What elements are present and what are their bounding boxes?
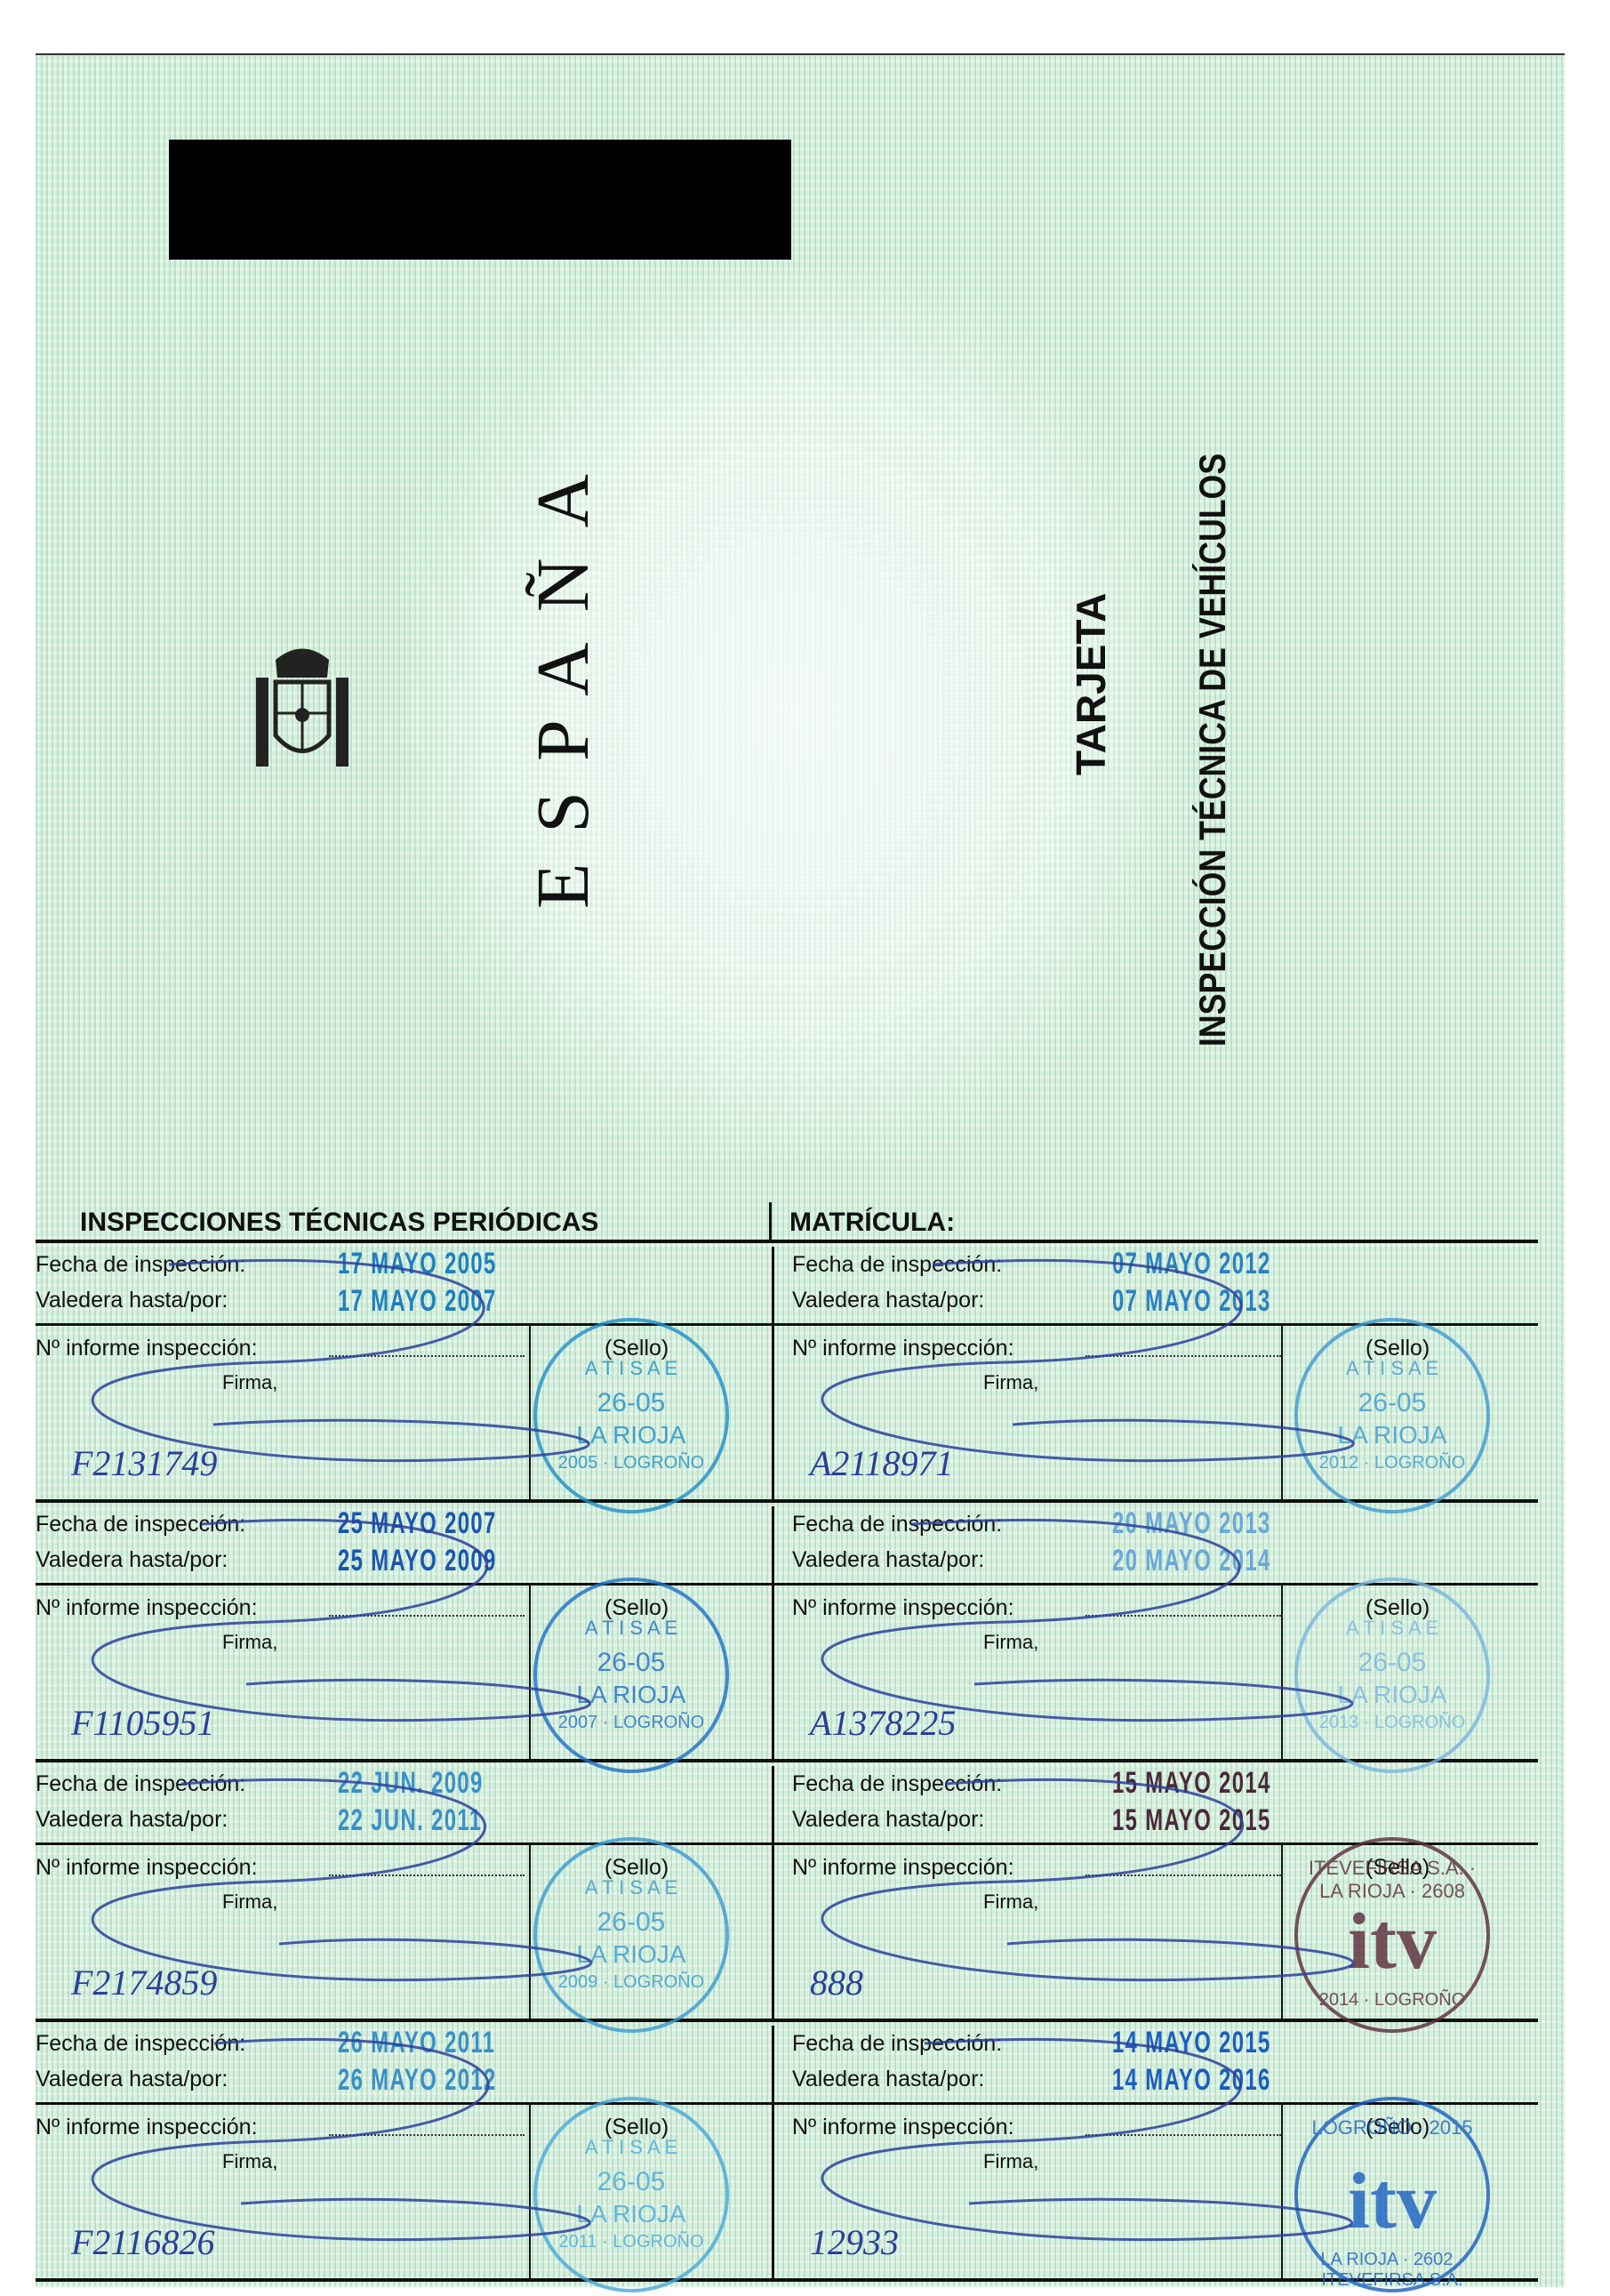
seal-text: A T I S A E <box>1298 1357 1486 1380</box>
valid-until-label: Valedera hasta/por: <box>792 2067 984 2092</box>
seal-column-divider <box>529 2102 531 2278</box>
report-number-dotted-line <box>1085 2134 1281 2136</box>
inspection-date-stamp: 07 MAYO 2012 <box>1112 1247 1271 1281</box>
seal-text: 2007 · LOGROÑO <box>537 1713 725 1733</box>
seal-text: 2012 · LOGROÑO <box>1298 1453 1486 1473</box>
report-number-label: Nº informe inspección: <box>36 2115 258 2140</box>
inspection-date-stamp: 20 MAYO 2013 <box>1112 1506 1271 1541</box>
inspection-seal-stamp: A T I S A E26-05LA RIOJA2005 · LOGROÑO <box>533 1318 729 1513</box>
inspection-seal-stamp: ITEVEFIRSA S.A. · LA RIOJA · 2608itv2014… <box>1294 1837 1490 2033</box>
seal-text: LOGROÑO · 2015 <box>1298 2116 1486 2139</box>
seal-text: 26-05 <box>537 1907 725 1938</box>
seal-text: 26-05 <box>537 2167 725 2197</box>
inspection-date-label: Fecha de inspección: <box>36 1512 245 1537</box>
periodic-inspections-header: INSPECCIONES TÉCNICAS PERIÓDICAS <box>36 1202 772 1243</box>
valid-until-stamp: 26 MAYO 2012 <box>338 2063 497 2098</box>
seal-column-divider <box>1281 2102 1283 2278</box>
inspection-seal-stamp: LOGROÑO · 2015itvLA RIOJA · 2602 · ITEVE… <box>1294 2097 1490 2292</box>
valid-until-stamp: 14 MAYO 2016 <box>1112 2063 1271 2098</box>
seal-column-divider <box>1281 1583 1283 1759</box>
seal-text: itv <box>1298 2156 1486 2247</box>
license-plate-header: MATRÍCULA: <box>772 1202 1538 1243</box>
seal-text: A T I S A E <box>537 1357 725 1380</box>
signature-label: Firma, <box>222 2150 277 2173</box>
report-number-dotted-line <box>1085 1355 1281 1357</box>
seal-text: 26-05 <box>1298 1648 1486 1678</box>
valid-until-stamp: 20 MAYO 2014 <box>1112 1544 1271 1578</box>
seal-text: itv <box>1298 1896 1486 1987</box>
report-number-label: Nº informe inspección: <box>792 1595 1014 1621</box>
seal-text: A T I S A E <box>1298 1617 1486 1640</box>
report-number-dotted-line <box>1085 1875 1281 1876</box>
report-number-label: Nº informe inspección: <box>792 1855 1014 1881</box>
signature-label: Firma, <box>983 2150 1038 2173</box>
coat-of-arms-icon <box>249 642 356 775</box>
inspection-date-stamp: 26 MAYO 2011 <box>338 2026 495 2060</box>
valid-until-label: Valedera hasta/por: <box>792 1807 984 1833</box>
inspection-entry: Fecha de inspección:Valedera hasta/por:N… <box>772 1766 1538 2022</box>
inspection-date-label: Fecha de inspección: <box>792 1512 1002 1537</box>
inspection-entry: Fecha de inspección:Valedera hasta/por:N… <box>772 1506 1538 1762</box>
seal-text: 26-05 <box>537 1648 725 1678</box>
valid-until-label: Valedera hasta/por: <box>792 1288 984 1313</box>
card-type-title: TARJETA <box>1067 593 1115 775</box>
seal-text: LA RIOJA <box>537 2200 725 2228</box>
inspection-date-label: Fecha de inspección: <box>792 1252 1002 1278</box>
report-number-dotted-line <box>329 2134 525 2136</box>
seal-text: A T I S A E <box>537 2136 725 2159</box>
handwritten-report-number: F2116826 <box>71 2221 214 2263</box>
seal-column-divider <box>529 1323 531 1499</box>
seal-text: 2014 · LOGROÑO <box>1298 1990 1486 2011</box>
report-number-dotted-line <box>329 1615 525 1617</box>
inspection-entry: Fecha de inspección:Valedera hasta/por:N… <box>772 1247 1538 1503</box>
inspection-date-stamp: 22 JUN. 2009 <box>338 1766 484 1801</box>
report-number-dotted-line <box>1085 1615 1281 1617</box>
handwritten-report-number: A2118971 <box>810 1442 953 1484</box>
seal-text: 2013 · LOGROÑO <box>1298 1713 1486 1733</box>
seal-text: LA RIOJA · 2602 · ITEVEFIRSA S.A. <box>1298 2250 1486 2291</box>
handwritten-report-number: 12933 <box>810 2221 899 2263</box>
seal-text: LA RIOJA <box>1298 1681 1486 1709</box>
valid-until-stamp: 07 MAYO 2013 <box>1112 1284 1271 1319</box>
seal-column-divider <box>529 1583 531 1759</box>
report-number-dotted-line <box>329 1875 525 1876</box>
handwritten-report-number: F2131749 <box>71 1442 217 1484</box>
inspection-date-stamp: 15 MAYO 2014 <box>1112 1766 1271 1801</box>
seal-text: 26-05 <box>537 1388 725 1418</box>
valid-until-label: Valedera hasta/por: <box>36 1288 228 1313</box>
inspection-seal-stamp: A T I S A E26-05LA RIOJA2009 · LOGROÑO <box>533 1837 729 2033</box>
redacted-block <box>169 140 791 260</box>
card-title: INSPECCIÓN TÉCNICA DE VEHÍCULOS <box>1191 454 1234 1047</box>
inspection-date-stamp: 14 MAYO 2015 <box>1112 2026 1271 2060</box>
signature-label: Firma, <box>222 1371 277 1394</box>
seal-column-divider <box>1281 1323 1283 1499</box>
inspection-seal-stamp: A T I S A E26-05LA RIOJA2007 · LOGROÑO <box>533 1577 729 1773</box>
handwritten-report-number: A1378225 <box>810 1702 956 1744</box>
seal-text: 2005 · LOGROÑO <box>537 1453 725 1473</box>
inspection-table: INSPECCIONES TÉCNICAS PERIÓDICAS MATRÍCU… <box>36 1202 1538 2278</box>
report-number-label: Nº informe inspección: <box>36 1595 258 1621</box>
report-number-label: Nº informe inspección: <box>792 1336 1014 1361</box>
valid-until-label: Valedera hasta/por: <box>36 1547 228 1573</box>
valid-until-stamp: 17 MAYO 2007 <box>338 1284 497 1319</box>
card-cover: ESPAÑA TARJETA INSPECCIÓN TÉCNICA DE VEH… <box>36 55 1565 1202</box>
inspection-date-label: Fecha de inspección: <box>36 2031 245 2057</box>
inspection-date-stamp: 17 MAYO 2005 <box>338 1247 497 1281</box>
handwritten-report-number: 888 <box>810 1962 863 2003</box>
inspection-entry: Fecha de inspección:Valedera hasta/por:N… <box>36 1506 772 1762</box>
report-number-label: Nº informe inspección: <box>36 1855 258 1881</box>
seal-column-divider <box>1281 1842 1283 2019</box>
inspection-seal-stamp: A T I S A E26-05LA RIOJA2013 · LOGROÑO <box>1294 1577 1490 1773</box>
seal-text: 2011 · LOGROÑO <box>537 2232 725 2252</box>
inspection-seal-stamp: A T I S A E26-05LA RIOJA2011 · LOGROÑO <box>533 2097 729 2292</box>
signature-label: Firma, <box>983 1891 1038 1914</box>
itv-card: ESPAÑA TARJETA INSPECCIÓN TÉCNICA DE VEH… <box>36 53 1565 2287</box>
valid-until-stamp: 25 MAYO 2009 <box>338 1544 497 1578</box>
handwritten-report-number: F2174859 <box>71 1962 217 2003</box>
inspection-date-label: Fecha de inspección: <box>36 1252 245 1278</box>
seal-column-divider <box>529 1842 531 2019</box>
inspection-entry: Fecha de inspección:Valedera hasta/por:N… <box>36 1247 772 1503</box>
report-number-label: Nº informe inspección: <box>36 1336 258 1361</box>
inspection-entry: Fecha de inspección:Valedera hasta/por:N… <box>772 2026 1538 2282</box>
report-number-label: Nº informe inspección: <box>792 2115 1014 2140</box>
inspection-date-stamp: 25 MAYO 2007 <box>338 1506 497 1541</box>
valid-until-label: Valedera hasta/por: <box>36 1807 228 1833</box>
signature-label: Firma, <box>983 1371 1038 1394</box>
seal-text: LA RIOJA <box>1298 1421 1486 1449</box>
signature-label: Firma, <box>222 1631 277 1654</box>
country-title: ESPAÑA <box>520 444 606 909</box>
seal-text: LA RIOJA <box>537 1940 725 1969</box>
seal-text: 26-05 <box>1298 1388 1486 1418</box>
handwritten-report-number: F1105951 <box>71 1702 214 1744</box>
seal-text: 2009 · LOGROÑO <box>537 1972 725 1993</box>
signature-label: Firma, <box>222 1891 277 1914</box>
valid-until-stamp: 15 MAYO 2015 <box>1112 1803 1271 1838</box>
seal-text: LA RIOJA <box>537 1421 725 1449</box>
inspection-date-label: Fecha de inspección: <box>792 1771 1002 1797</box>
seal-text: LA RIOJA <box>537 1681 725 1709</box>
signature-label: Firma, <box>983 1631 1038 1654</box>
inspection-entry: Fecha de inspección:Valedera hasta/por:N… <box>36 2026 772 2282</box>
inspection-entry: Fecha de inspección:Valedera hasta/por:N… <box>36 1766 772 2022</box>
seal-text: A T I S A E <box>537 1876 725 1899</box>
inspection-seal-stamp: A T I S A E26-05LA RIOJA2012 · LOGROÑO <box>1294 1318 1490 1513</box>
inspection-date-label: Fecha de inspección: <box>792 2031 1002 2057</box>
inspection-date-label: Fecha de inspección: <box>36 1771 245 1797</box>
valid-until-label: Valedera hasta/por: <box>36 2067 228 2092</box>
seal-text: A T I S A E <box>537 1617 725 1640</box>
report-number-dotted-line <box>329 1355 525 1357</box>
valid-until-label: Valedera hasta/por: <box>792 1547 984 1573</box>
valid-until-stamp: 22 JUN. 2011 <box>338 1803 482 1838</box>
